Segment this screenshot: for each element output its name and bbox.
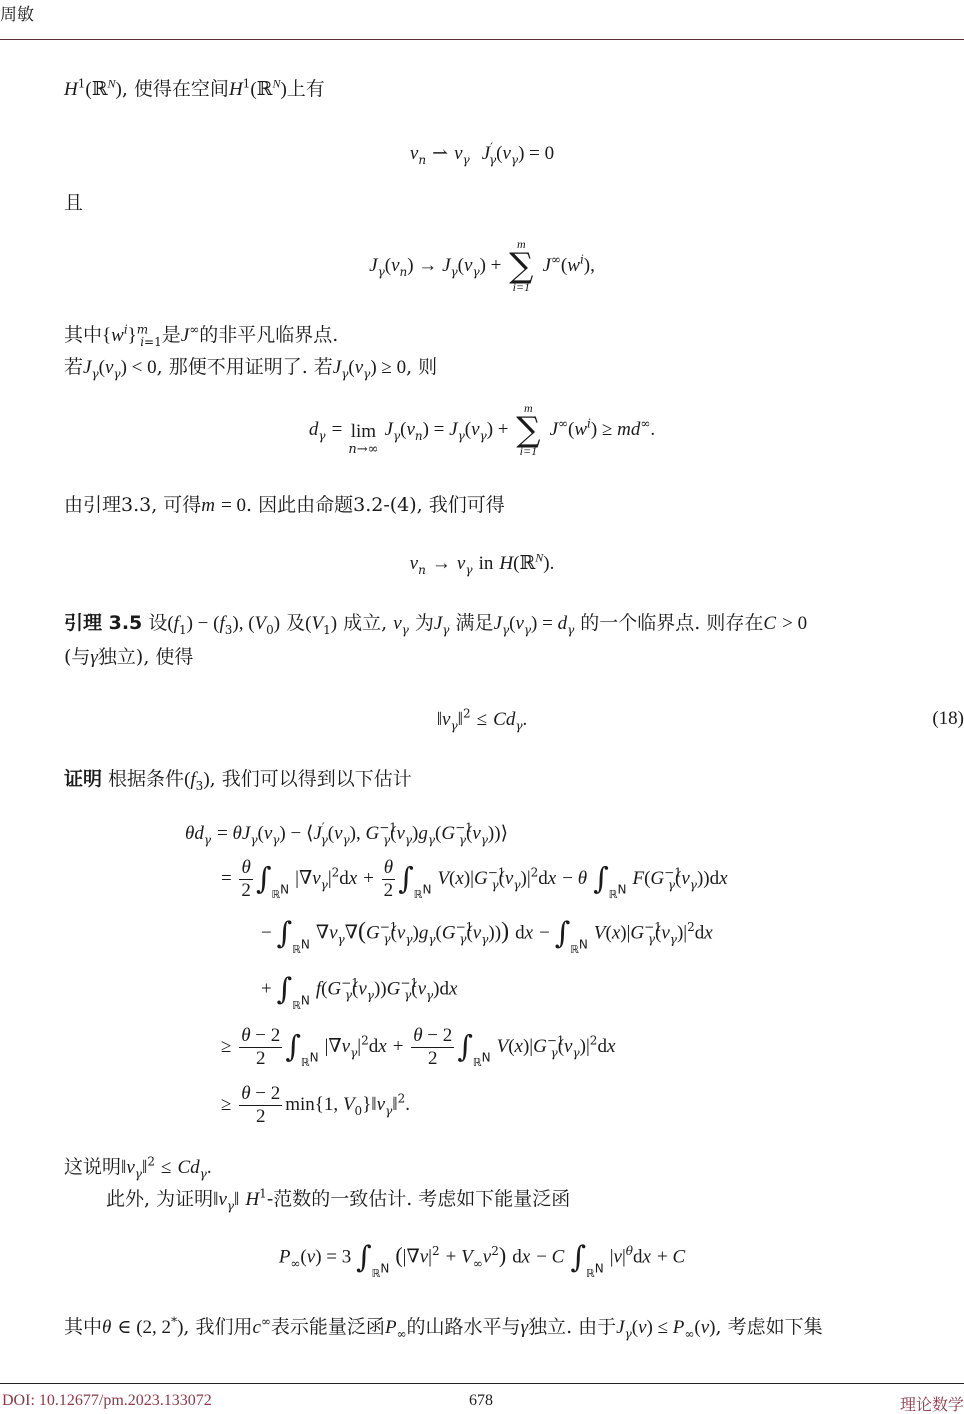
proof-intro: 证明 根据条件(f3), 我们可以得到以下估计	[64, 764, 412, 791]
paragraph-case-analysis: 若Jγ(vγ) < 0, 那便不用证明了. 若Jγ(vγ) ≥ 0, 则	[64, 352, 437, 379]
equation-energy-functional: P∞(v) = 3 ∫ℝN(|∇v|2 + V∞v2) dx − C ∫ℝN|v…	[0, 1240, 964, 1280]
equation-limit: dγ = lim n→∞ Jγ(vn) = Jγ(vγ) + m ∑ i=1 J…	[0, 402, 964, 458]
lemma-label: 引理 3.5	[64, 612, 142, 634]
paragraph-nontrivial-critical-points: 其中{wi}mi=1是J∞的非平凡临界点.	[64, 320, 338, 347]
paragraph-continuation: H1(ℝN), 使得在空间H1(ℝN)上有	[64, 74, 325, 101]
lemma-3-5-statement: 引理 3.5 设(f1) − (f3), (V0) 及(V1) 成立, vγ 为…	[64, 608, 807, 635]
paragraph-conclusion: 这说明‖vγ‖2 ≤ Cdγ.	[64, 1152, 212, 1179]
summation-operator: m ∑ i=1	[516, 402, 540, 458]
paragraph-mountain-pass: 其中θ ∈ (2, 2*), 我们用c∞表示能量泛函P∞的山路水平与γ独立. 由…	[64, 1312, 823, 1339]
lemma-3-5-continuation: (与γ独立), 使得	[64, 642, 193, 669]
derivation-line-2: = θ2∫ℝN|∇vγ|2dx + θ2∫ℝNV(x)|G−1γ(vγ)|2dx…	[221, 856, 728, 902]
running-head-author: 周敏	[0, 0, 34, 25]
paragraph-and: 且	[64, 188, 83, 215]
footer-divider	[0, 1383, 964, 1384]
journal-name: 理论数学	[900, 1392, 964, 1414]
derivation-line-5: ≥ θ − 22∫ℝN|∇vγ|2dx + θ − 22∫ℝNV(x)|G−1γ…	[221, 1024, 615, 1070]
header-divider	[0, 39, 964, 40]
doi-link[interactable]: DOI: 10.12677/pm.2023.133072	[2, 1392, 212, 1410]
equation-strong-convergence: vn → vγ in H(ℝN).	[0, 552, 964, 575]
proof-label: 证明	[64, 768, 102, 790]
derivation-line-4: + ∫ℝNf(G−1γ(vγ))G−1γ(vγ)dx	[261, 972, 457, 1012]
paragraph-uniform-estimate: 此外, 为证明‖vγ‖ H1-范数的一致估计. 考虑如下能量泛函	[106, 1184, 570, 1211]
limit-operator: lim n→∞	[348, 420, 378, 457]
equation-18: ‖vγ‖2 ≤ Cdγ.	[0, 708, 964, 731]
derivation-line-6: ≥ θ − 22min{1, V0}‖vγ‖2.	[221, 1082, 410, 1128]
equation-weak-convergence: vn ⇀ vγ J′γ(vγ) = 0	[0, 142, 964, 165]
equation-energy-splitting: Jγ(vn) → Jγ(vγ) + m ∑ i=1 J∞(wi),	[0, 238, 964, 294]
derivation-line-1: θdγ = θJγ(vγ) − ⟨J′γ(vγ), G−1γ(vγ)gγ(G−1…	[185, 822, 508, 845]
equation-number: (18)	[932, 708, 964, 730]
derivation-line-3: − ∫ℝN∇vγ∇(G−1γ(vγ)gγ(G−1γ(vγ))) dx − ∫ℝN…	[261, 916, 713, 956]
page-number: 678	[469, 1392, 493, 1410]
paragraph-by-lemma-3-3: 由引理3.3, 可得m = 0. 因此由命题3.2-(4), 我们可得	[64, 490, 505, 517]
summation-operator: m ∑ i=1	[509, 238, 533, 294]
